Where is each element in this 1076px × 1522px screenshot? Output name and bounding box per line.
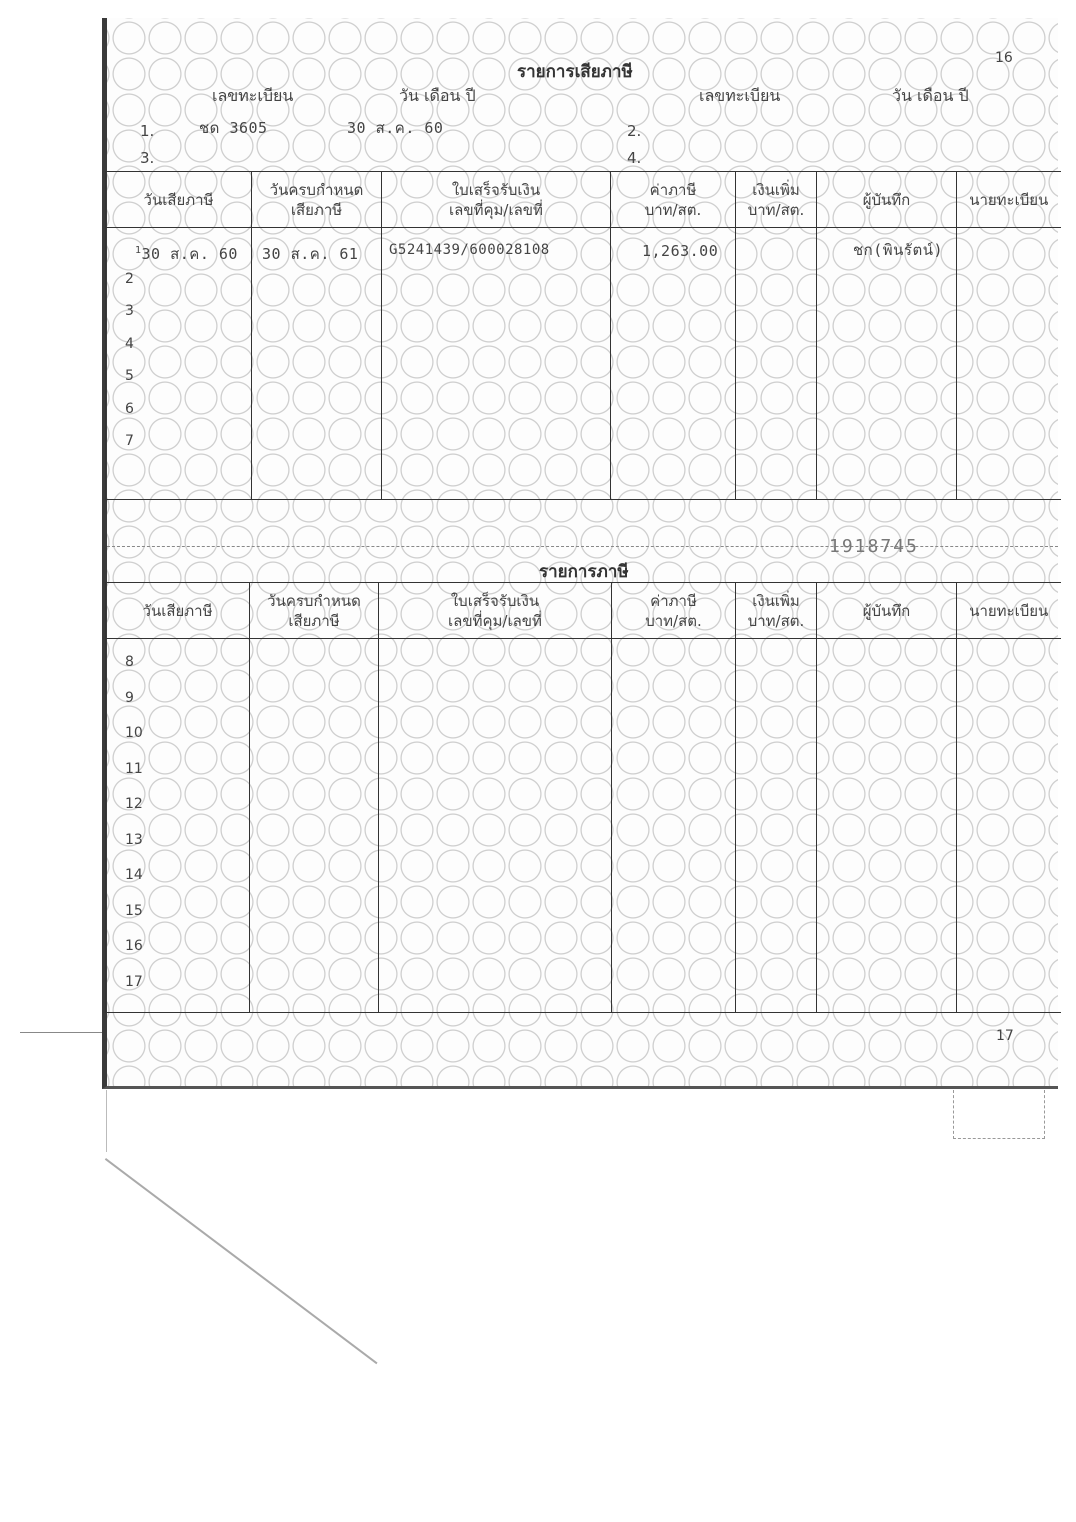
entry-index-3: 3. bbox=[140, 149, 154, 167]
plate-label-right: เลขทะเบียน bbox=[699, 84, 780, 109]
col-surcharge bbox=[736, 639, 817, 1013]
col-registrar bbox=[957, 639, 1061, 1013]
entry-index-4: 4. bbox=[627, 149, 641, 167]
row-number: 4 bbox=[125, 336, 134, 352]
row1-receipt: G5241439/600028108 bbox=[389, 242, 550, 258]
registration-book-page: 16 รายการเสียภาษี เลขทะเบียน วัน เดือน ป… bbox=[102, 18, 1058, 1089]
table-header-row: วันเสียภาษีวันครบกำหนดเสียภาษีใบเสร็จรับ… bbox=[106, 583, 1061, 639]
col-due-date bbox=[250, 639, 379, 1013]
col-recorder bbox=[817, 228, 957, 500]
row1-tax: 1,263.00 bbox=[642, 242, 718, 260]
col-due-date bbox=[252, 228, 382, 500]
section-title-tax-payment: รายการเสียภาษี bbox=[517, 58, 633, 85]
date-label-right: วัน เดือน ปี bbox=[892, 84, 969, 109]
column-header: วันเสียภาษี bbox=[106, 172, 252, 228]
tax-payment-table: วันเสียภาษีวันครบกำหนดเสียภาษีใบเสร็จรับ… bbox=[105, 171, 1061, 500]
tax-list-table: วันเสียภาษีวันครบกำหนดเสียภาษีใบเสร็จรับ… bbox=[105, 582, 1061, 1013]
col-receipt bbox=[379, 639, 612, 1013]
column-header: ผู้บันทึก bbox=[817, 172, 957, 228]
column-header: วันครบกำหนดเสียภาษี bbox=[250, 583, 379, 639]
row1-recorder: ชก(พินรัตน์) bbox=[853, 238, 943, 262]
page-number-top: 16 bbox=[995, 50, 1013, 66]
column-header: วันครบกำหนดเสียภาษี bbox=[252, 172, 382, 228]
column-header: ใบเสร็จรับเงินเลขที่คุม/เลขที่ bbox=[379, 583, 612, 639]
col-paid-date bbox=[106, 228, 252, 500]
fold-edge bbox=[106, 1090, 107, 1152]
col-tax bbox=[612, 639, 736, 1013]
col-tax bbox=[611, 228, 736, 500]
row-number: 2 bbox=[125, 271, 134, 287]
row-number: 6 bbox=[125, 401, 134, 417]
row-number: 17 bbox=[125, 974, 143, 990]
scan-edge-line bbox=[20, 1032, 102, 1033]
column-header: เงินเพิ่มบาท/สต. bbox=[736, 583, 817, 639]
col-registrar bbox=[957, 228, 1061, 500]
page-number-bottom: 17 bbox=[996, 1028, 1014, 1044]
row-number: 12 bbox=[125, 796, 143, 812]
row-number: 7 bbox=[125, 433, 134, 449]
row-number: 11 bbox=[125, 761, 143, 777]
row-number: 3 bbox=[125, 303, 134, 319]
entry-index-1: 1. bbox=[140, 122, 154, 140]
column-header: วันเสียภาษี bbox=[106, 583, 250, 639]
entry-plate-1: ชด 3605 bbox=[199, 116, 268, 140]
row-number: 15 bbox=[125, 903, 143, 919]
date-label-left: วัน เดือน ปี bbox=[399, 84, 476, 109]
diagonal-fold-line bbox=[105, 1158, 377, 1364]
stamp-number: 1918745 bbox=[829, 536, 919, 557]
column-header: นายทะเบียน bbox=[957, 172, 1061, 228]
row-number: 8 bbox=[125, 654, 134, 670]
column-header: เงินเพิ่มบาท/สต. bbox=[736, 172, 817, 228]
row-number: 10 bbox=[125, 725, 143, 741]
row-number: 13 bbox=[125, 832, 143, 848]
table-body bbox=[106, 228, 1061, 500]
col-receipt bbox=[382, 228, 611, 500]
entry-index-2: 2. bbox=[627, 122, 641, 140]
row-number: 16 bbox=[125, 938, 143, 954]
row1-paid-date: 130 ส.ค. 60 bbox=[135, 242, 238, 266]
row-number: 5 bbox=[125, 368, 134, 384]
table-body bbox=[106, 639, 1061, 1013]
col-surcharge bbox=[736, 228, 817, 500]
column-header: นายทะเบียน bbox=[957, 583, 1061, 639]
column-header: ค่าภาษีบาท/สต. bbox=[612, 583, 736, 639]
plate-label-left: เลขทะเบียน bbox=[212, 84, 293, 109]
column-header: ผู้บันทึก bbox=[817, 583, 957, 639]
row-number: 14 bbox=[125, 867, 143, 883]
column-header: ใบเสร็จรับเงินเลขที่คุม/เลขที่ bbox=[382, 172, 611, 228]
entry-date-1: 30 ส.ค. 60 bbox=[347, 116, 443, 140]
table-header-row: วันเสียภาษีวันครบกำหนดเสียภาษีใบเสร็จรับ… bbox=[106, 172, 1061, 228]
row-number: 9 bbox=[125, 690, 134, 706]
column-header: ค่าภาษีบาท/สต. bbox=[611, 172, 736, 228]
page-tab bbox=[953, 1090, 1045, 1139]
col-recorder bbox=[817, 639, 957, 1013]
row1-due-date: 30 ส.ค. 61 bbox=[262, 242, 358, 266]
section-title-tax-list: รายการภาษี bbox=[539, 558, 629, 585]
